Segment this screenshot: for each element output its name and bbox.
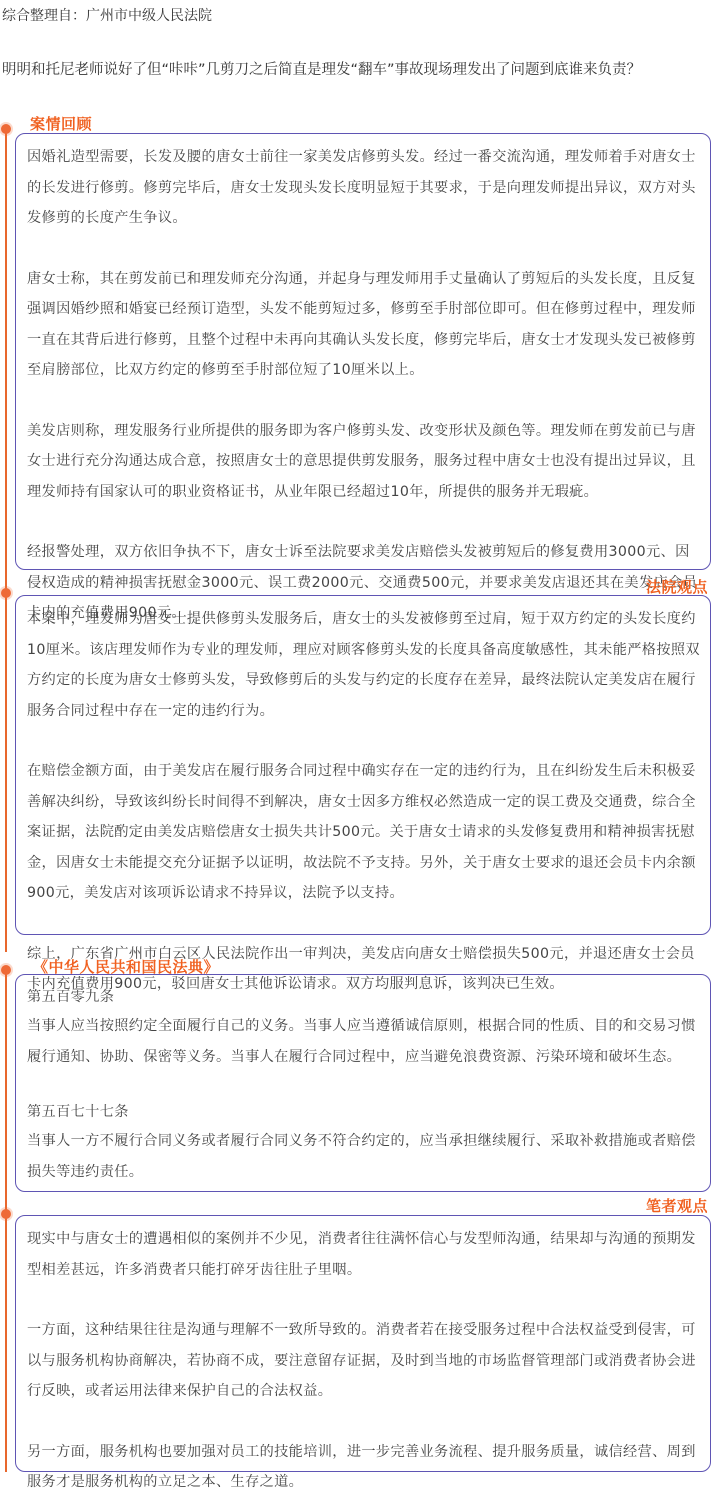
timeline-dot-icon [1,588,11,598]
article-number: 第五百零九条 [27,983,700,1011]
paragraph: 美发店则称，理发服务行业所提供的服务即为客户修剪头发、改变形状及颜色等。理发师在… [27,416,700,508]
intro-text: 明明和托尼老师说好了但“咔咔”几剪刀之后简直是理发“翻车”事故现场理发出了问题到… [2,60,641,80]
source-credit: 综合整理自：广州市中级人民法院 [2,6,212,26]
author-opinion-box: 现实中与唐女士的遭遇相似的案例并不少见，消费者往往满怀信心与发型师沟通，结果却与… [15,1215,711,1472]
article-number: 第五百七十七条 [27,1098,700,1126]
section-title-court-opinion: 法院观点 [646,578,708,596]
timeline-line [5,130,7,952]
section-title-case-review: 案情回顾 [30,115,92,133]
timeline-dot-icon [1,124,11,134]
paragraph: 因婚礼造型需要，长发及腰的唐女士前往一家美发店修剪头发。经过一番交流沟通，理发师… [27,142,700,234]
paragraph: 现实中与唐女士的遭遇相似的案例并不少见，消费者往往满怀信心与发型师沟通，结果却与… [27,1224,700,1285]
timeline-dot-icon [1,965,11,975]
court-opinion-box: 本案中，理发师为唐女士提供修剪头发服务后，唐女士的头发被修剪至过肩，短于双方约定… [15,595,711,935]
paragraph: 本案中，理发师为唐女士提供修剪头发服务后，唐女士的头发被修剪至过肩，短于双方约定… [27,604,700,726]
article-text: 当事人应当按照约定全面履行自己的义务。当事人应当遵循诚信原则，根据合同的性质、目… [27,1011,700,1072]
paragraph: 一方面，这种结果往往是沟通与理解不一致所导致的。消费者若在接受服务过程中合法权益… [27,1315,700,1407]
case-review-box: 因婚礼造型需要，长发及腰的唐女士前往一家美发店修剪头发。经过一番交流沟通，理发师… [15,133,711,570]
paragraph: 另一方面，服务机构也要加强对员工的技能培训，进一步完善业务流程、提升服务质量，诚… [27,1437,700,1498]
section-title-author-opinion: 笔者观点 [646,1197,708,1215]
article-text: 当事人一方不履行合同义务或者履行合同义务不符合约定的，应当承担继续履行、采取补救… [27,1126,700,1187]
civil-code-box: 第五百零九条 当事人应当按照约定全面履行自己的义务。当事人应当遵循诚信原则，根据… [15,974,711,1192]
paragraph: 在赔偿金额方面，由于美发店在履行服务合同过程中确实存在一定的违约行为，且在纠纷发… [27,756,700,909]
paragraph: 唐女士称，其在剪发前已和理发师充分沟通，并起身与理发师用手丈量确认了剪短后的头发… [27,264,700,386]
timeline-line [5,970,7,1472]
timeline-dot-icon [1,1209,11,1219]
